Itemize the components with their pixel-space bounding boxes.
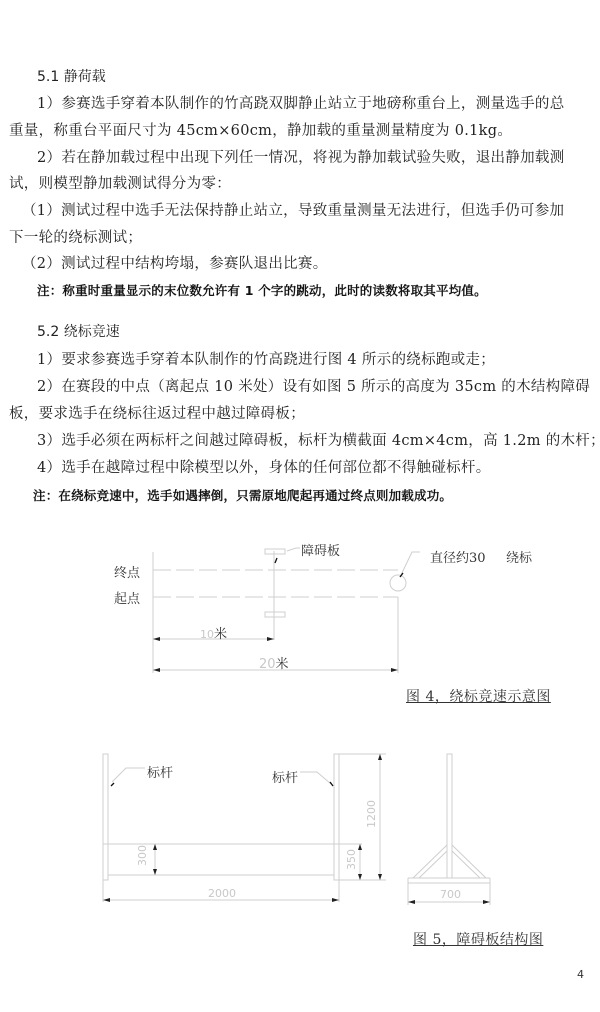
page-number: 4 [577,968,584,981]
figure-5-left-pole-label: 标杆 [147,762,173,781]
figure-5-dimension-700: 700 [440,888,461,901]
figure-5-drawing [0,0,600,1012]
figure-5-caption: 图 5，障碍板结构图 [413,929,543,949]
figure-5-dimension-350: 350 [345,849,358,870]
figure-5-dimension-1200: 1200 [365,800,378,828]
figure-5-dimension-300: 300 [136,845,149,866]
figure-5-right-pole-label: 标杆 [272,767,298,786]
figure-5-dimension-2000: 2000 [208,887,236,900]
